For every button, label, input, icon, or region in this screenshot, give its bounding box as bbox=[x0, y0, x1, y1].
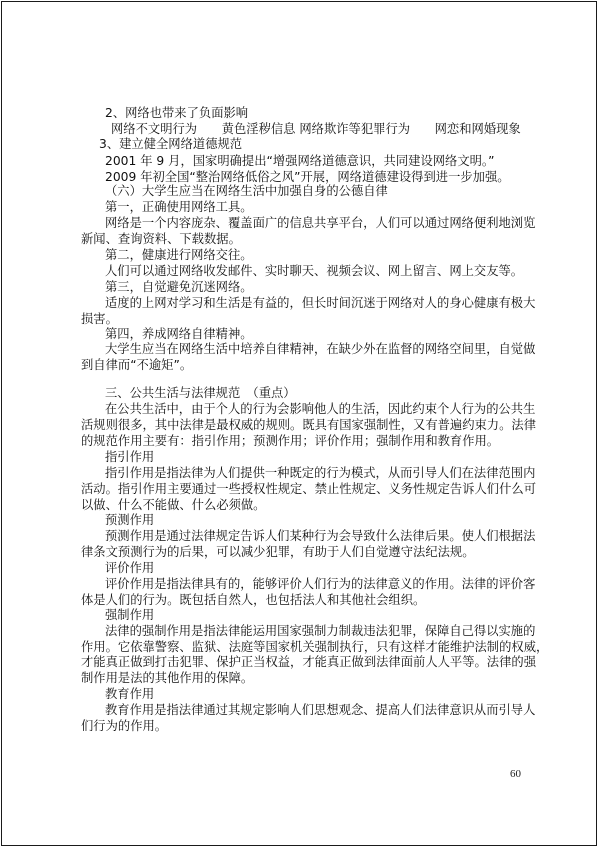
document-page: 2、网络也带来了负面影响网络不文明行为 黄色淫秽信息 网络欺诈等犯罪行为 网恋和… bbox=[1, 1, 597, 846]
text-line: 指引作用是指法律为人们提供一种既定的行为模式，从而引导人们在法律范围内 bbox=[105, 465, 535, 481]
text-line: 教育作用是指法律通过其规定影响人们思想观念、提高人们法律意识从而引导人 bbox=[105, 702, 535, 718]
page-number: 60 bbox=[510, 768, 521, 780]
text-line: （六）大学生应当在网络生活中加强自身的公德自律 bbox=[105, 183, 388, 199]
text-line: 人们可以通过网络收发邮件、实时聊天、视频会议、网上留言、网上交友等。 bbox=[105, 263, 523, 279]
text-line: 制作用是法的其他作用的保障。 bbox=[81, 670, 253, 686]
text-line: 新闻、查询资料、下载数据。 bbox=[81, 231, 241, 247]
text-line: 网络不文明行为 黄色淫秽信息 网络欺诈等犯罪行为 网恋和网婚现象 bbox=[111, 121, 521, 137]
text-line: 教育作用 bbox=[105, 686, 154, 702]
text-line: 3、建立健全网络道德规范 bbox=[99, 136, 242, 152]
text-line: 指引作用 bbox=[105, 449, 154, 465]
text-line: 律条文预测行为的后果，可以减少犯罪，有助于人们自觉遵守法纪法规。 bbox=[81, 544, 475, 560]
text-line: 预测作用是通过法律规定告诉人们某种行为会导致什么法律后果。使人们根据法 bbox=[105, 528, 535, 544]
text-line: 的规范作用主要有：指引作用；预测作用；评价作用；强制作用和教育作用。 bbox=[81, 433, 499, 449]
text-line: 预测作用 bbox=[105, 512, 154, 528]
text-line: 在公共生活中，由于个人的行为会影响他人的生活，因此约束个人行为的公共生 bbox=[105, 401, 535, 417]
text-line: 评价作用 bbox=[105, 560, 154, 576]
text-line: 活规则很多，其中法律是最权威的规则。既具有国家强制性，又有普遍约束力。法律 bbox=[81, 417, 536, 433]
text-line: 以做、什么不能做、什么必须做。 bbox=[81, 497, 265, 513]
text-line: 体是人们的行为。既包括自然人，也包括法人和其他社会组织。 bbox=[81, 592, 425, 608]
text-line: 适度的上网对学习和生活是有益的，但长时间沉迷于网络对人的身心健康有极大 bbox=[105, 295, 535, 311]
text-line: 法律的强制作用是指法律能运用国家强制力制裁违法犯罪，保障自己得以实施的 bbox=[105, 623, 535, 639]
text-line: 损害。 bbox=[81, 311, 118, 327]
text-line: 第三，自觉避免沉迷网络。 bbox=[105, 279, 253, 295]
text-line: 大学生应当在网络生活中培养自律精神，在缺少外在监督的网络空间里，自觉做 bbox=[105, 341, 535, 357]
text-line: 作用。它依靠警察、监狱、法庭等国家机关强制执行，只有这样才能维护法制的权威， bbox=[81, 639, 548, 655]
text-line: 们行为的作用。 bbox=[81, 718, 167, 734]
text-line: 三、公共生活与法律规范 （重点） bbox=[105, 385, 296, 401]
text-line: 第二，健康进行网络交往。 bbox=[105, 247, 253, 263]
text-line: 第一，正确使用网络工具。 bbox=[105, 199, 253, 215]
text-line: 到自律而“不逾矩”。 bbox=[81, 357, 192, 373]
text-line: 第四，养成网络自律精神。 bbox=[105, 326, 253, 342]
text-line: 活动。指引作用主要通过一些授权性规定、禁止性规定、义务性规定告诉人们什么可 bbox=[81, 481, 536, 497]
text-line: 强制作用 bbox=[105, 607, 154, 623]
text-line: 评价作用是指法律具有的，能够评价人们行为的法律意义的作用。法律的评价客 bbox=[105, 576, 535, 592]
text-line: 2、网络也带来了负面影响 bbox=[105, 105, 248, 121]
text-line: 2001 年 9 月，国家明确提出“增强网络道德意识，共同建设网络文明。” bbox=[105, 153, 494, 169]
text-line: 网络是一个内容庞杂、覆盖面广的信息共享平台，人们可以通过网络便利地浏览 bbox=[105, 215, 535, 231]
text-line: 才能真正做到打击犯罪、保护正当权益，才能真正做到法律面前人人平等。法律的强 bbox=[81, 654, 536, 670]
